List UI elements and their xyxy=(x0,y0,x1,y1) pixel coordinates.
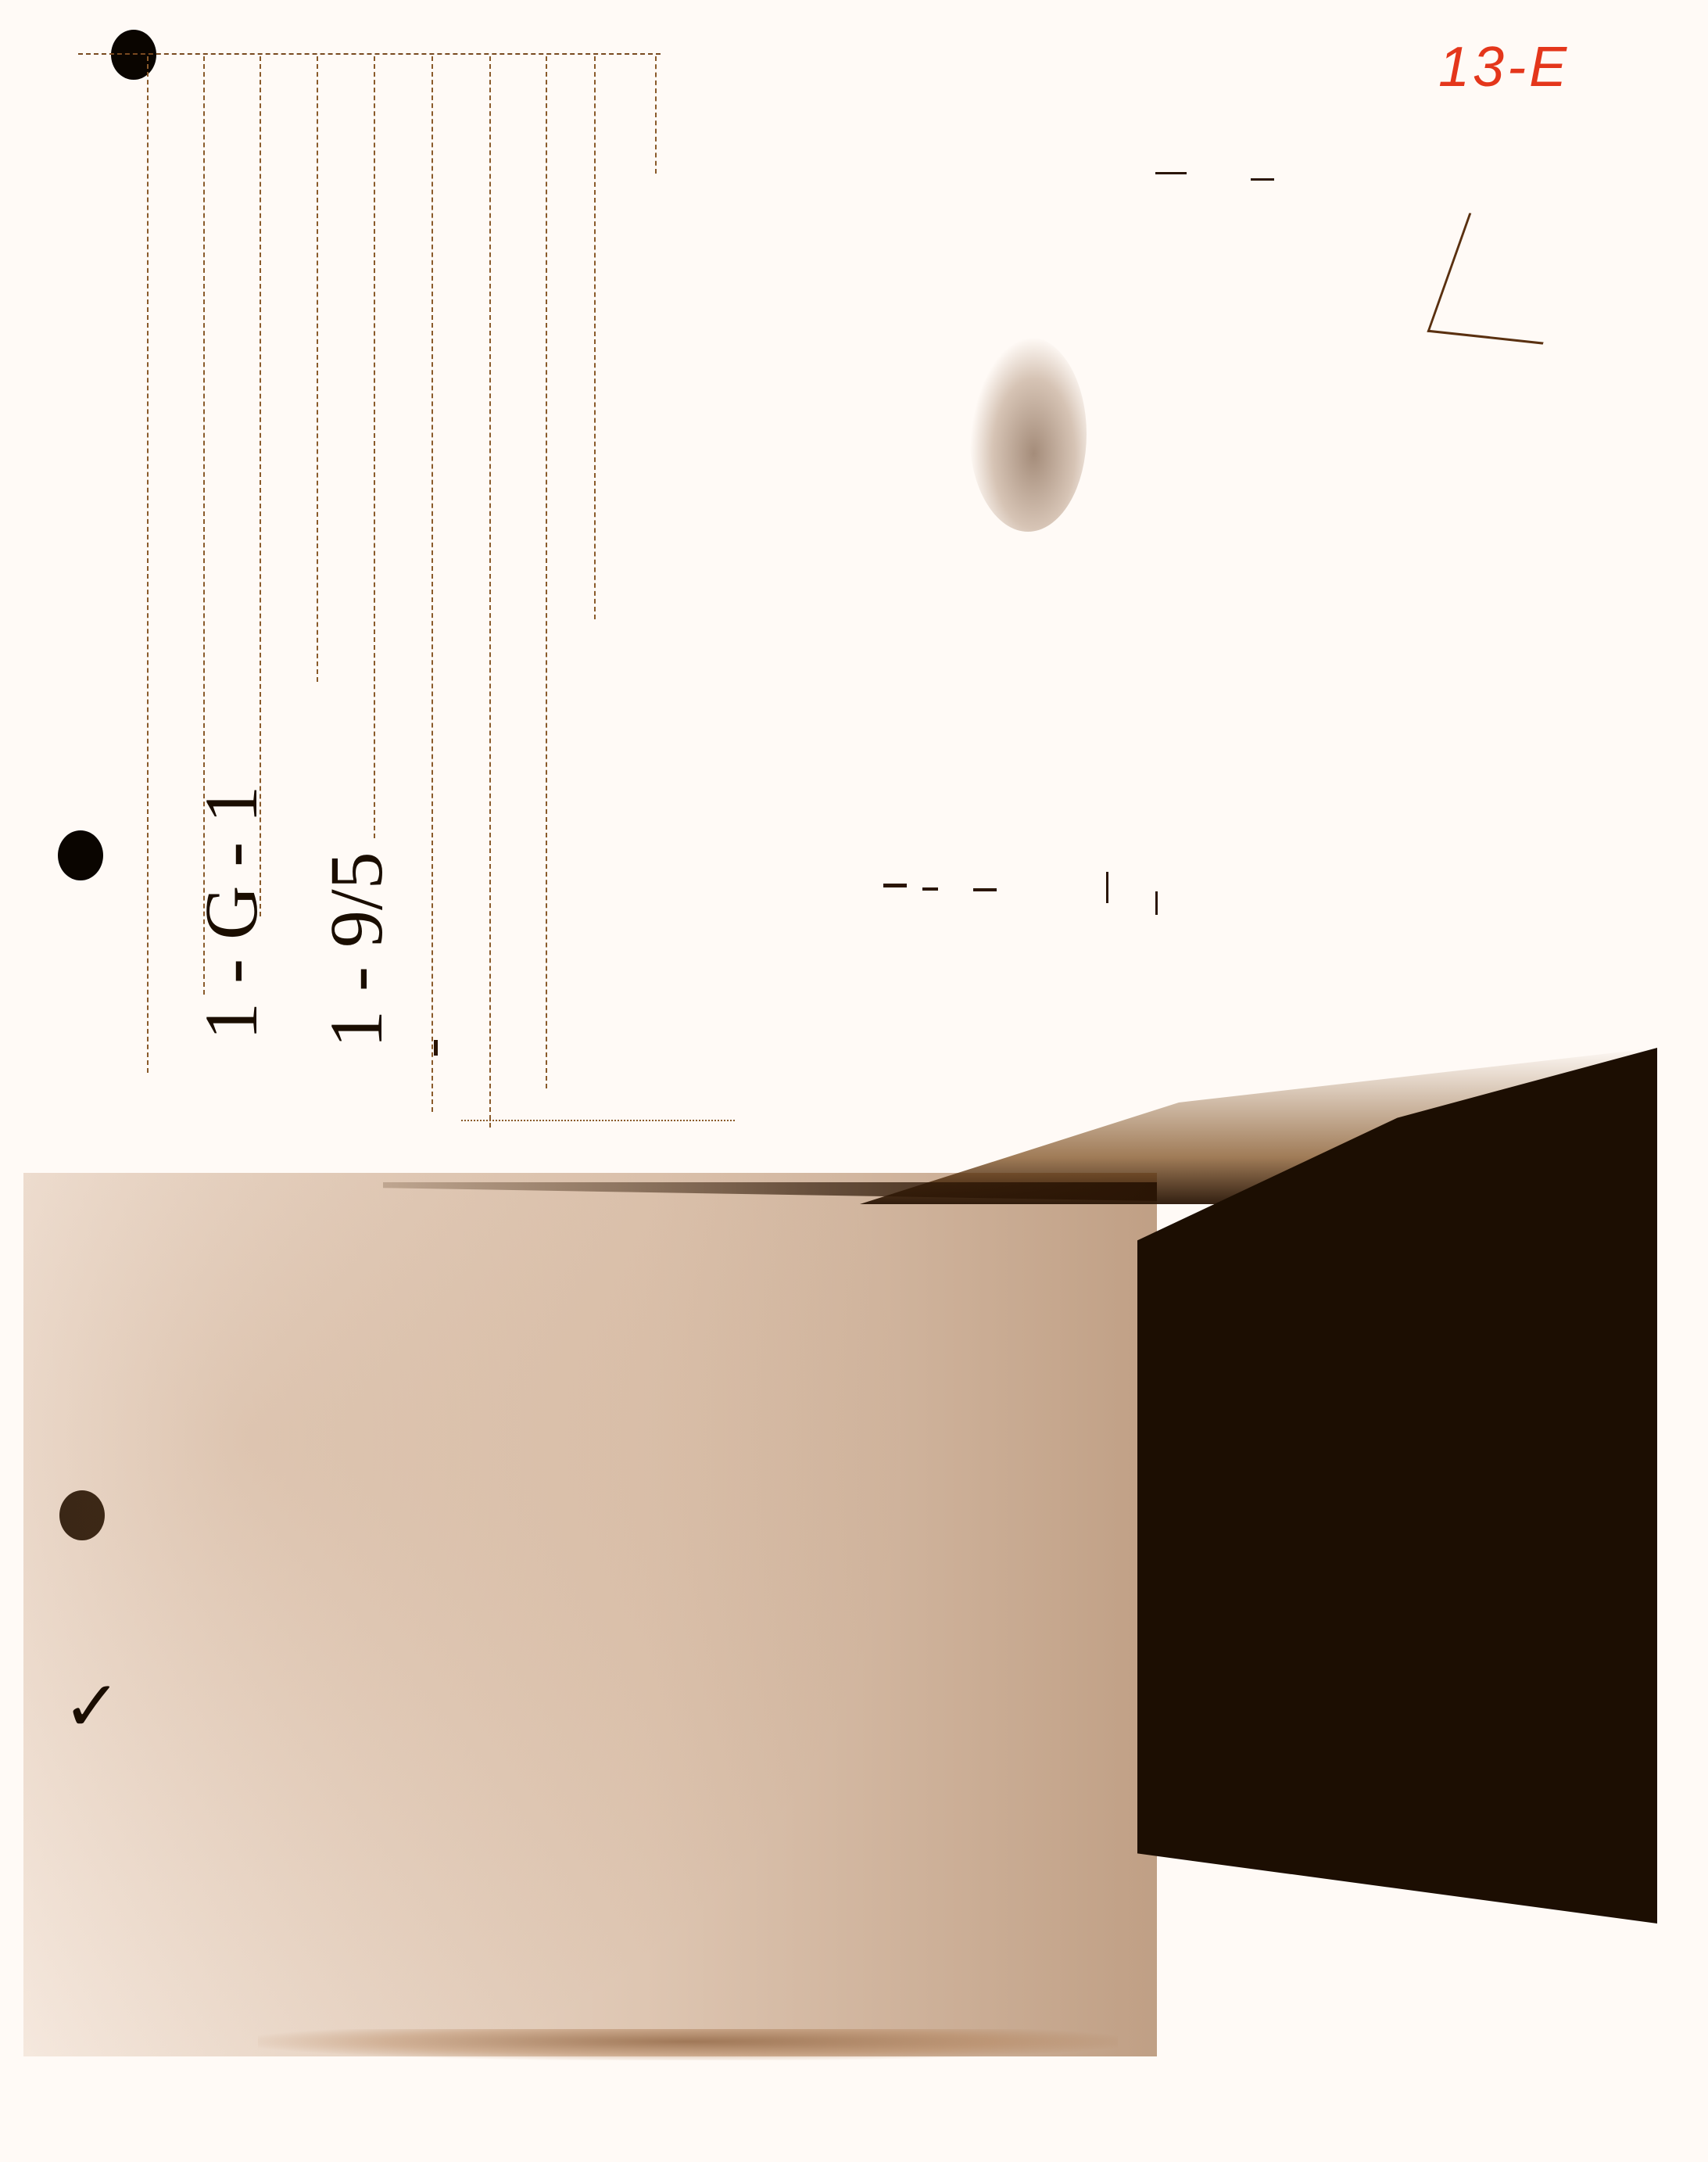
scanned-page: 13-E 1 - G - 1 1 - 9/5 ✓ xyxy=(0,0,1708,2162)
handwritten-line-2: 1 - 9/5 xyxy=(313,852,399,1048)
ink-smudge xyxy=(969,336,1087,532)
stray-mark xyxy=(1251,178,1274,181)
grid-column-line xyxy=(317,56,318,682)
stray-mark xyxy=(973,888,997,891)
toner-speckle-area xyxy=(23,1173,1157,2056)
stray-mark xyxy=(922,887,938,891)
grid-column-line xyxy=(431,56,433,1112)
stray-mark xyxy=(883,884,907,887)
grid-top-rule xyxy=(78,53,661,55)
grid-column-line xyxy=(546,56,547,1088)
stray-mark xyxy=(1106,872,1108,903)
stray-mark xyxy=(1155,891,1158,915)
bottom-edge-shadow xyxy=(258,2029,1118,2060)
handwritten-checkmark: ✓ xyxy=(63,1665,121,1748)
page-label: 13-E xyxy=(1438,35,1570,99)
corner-mark xyxy=(1427,213,1584,344)
handwritten-line-1: 1 - G - 1 xyxy=(188,786,274,1040)
stray-mark xyxy=(434,1040,438,1056)
grid-bottom-rule xyxy=(461,1120,735,1121)
grid-column-line xyxy=(147,56,149,1073)
grid-column-line xyxy=(374,56,375,838)
grid-column-line xyxy=(594,56,596,619)
grid-column-line xyxy=(489,56,491,1128)
stray-mark xyxy=(1155,172,1187,174)
grid-column-line xyxy=(655,56,657,174)
